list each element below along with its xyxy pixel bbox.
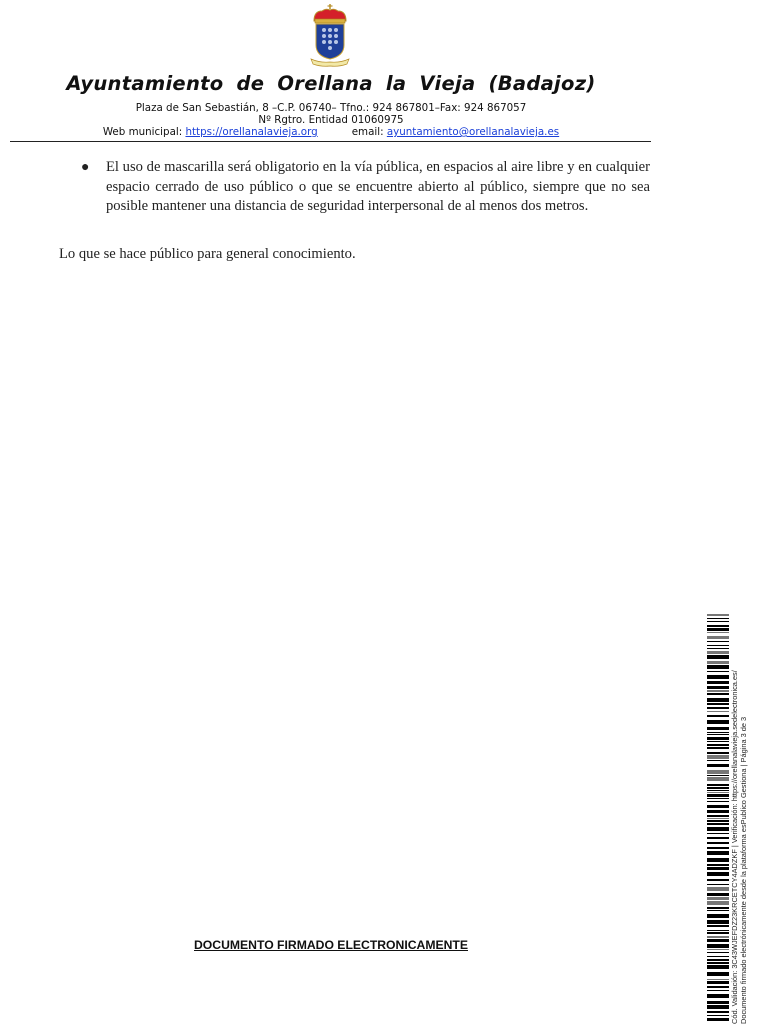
bullet-text: El uso de mascarilla será obligatorio en… <box>106 158 650 217</box>
contact-line: Web municipal: https://orellanalavieja.o… <box>0 126 662 138</box>
barcode-icon <box>707 614 729 1024</box>
email-link[interactable]: ayuntamiento@orellanalavieja.es <box>387 126 559 138</box>
bullet-list-item: ● El uso de mascarilla será obligatorio … <box>84 158 650 217</box>
closing-paragraph: Lo que se hace público para general cono… <box>59 246 356 263</box>
coat-of-arms-icon <box>306 3 354 67</box>
platform-page-line: Documento firmado electrónicamente desde… <box>739 670 748 1024</box>
header-divider <box>10 141 651 142</box>
web-label: Web municipal: <box>103 126 186 138</box>
municipality-title: Ayuntamiento de Orellana la Vieja (Badaj… <box>0 72 662 95</box>
email-label: email: <box>352 126 387 138</box>
validation-stamp: Cód. Validación: 3C43WJEFDZ23KRCETCY4ADZ… <box>730 670 748 1024</box>
bullet-icon: ● <box>81 158 89 178</box>
registry-line: Nº Rgtro. Entidad 01060975 <box>0 114 662 126</box>
signed-document-label: DOCUMENTO FIRMADO ELECTRONICAMENTE <box>0 938 662 952</box>
web-link[interactable]: https://orellanalavieja.org <box>185 126 317 138</box>
validation-code-line: Cód. Validación: 3C43WJEFDZ23KRCETCY4ADZ… <box>730 670 739 1024</box>
address-line: Plaza de San Sebastián, 8 –C.P. 06740– T… <box>0 102 662 114</box>
